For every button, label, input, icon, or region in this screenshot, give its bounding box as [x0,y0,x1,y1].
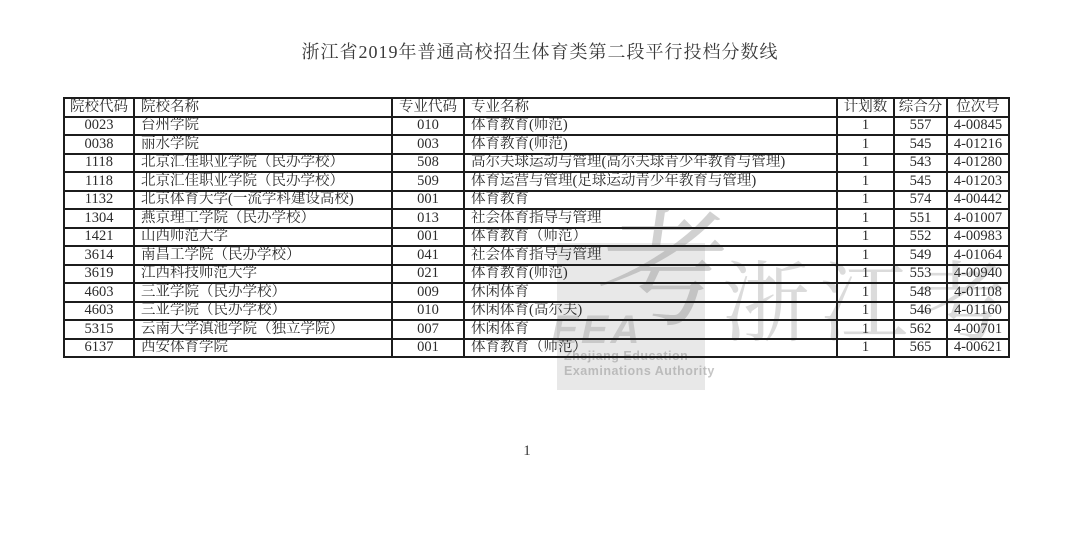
table-row: 1304燕京理工学院（民办学校）013社会体育指导与管理15514-01007 [64,209,1009,228]
cell-major-name: 社会体育指导与管理 [464,209,837,228]
cell-rank-number: 4-01216 [947,135,1009,154]
header-college-name: 院校名称 [134,98,392,117]
cell-rank-number: 4-00845 [947,117,1009,136]
cell-college-name: 北京汇佳职业学院（民办学校） [134,154,392,173]
cell-major-name: 休闲体育 [464,283,837,302]
cell-rank-number: 4-01203 [947,172,1009,191]
cell-college-code: 1421 [64,228,134,247]
cell-college-name: 西安体育学院 [134,339,392,358]
table-header: 院校代码 院校名称 专业代码 专业名称 计划数 综合分 位次号 [64,98,1009,117]
cell-college-name: 北京体育大学(一流学科建设高校) [134,191,392,210]
cell-major-code: 021 [392,265,464,284]
cell-major-code: 001 [392,339,464,358]
cell-major-name: 体育运营与管理(足球运动青少年教育与管理) [464,172,837,191]
cell-college-code: 1304 [64,209,134,228]
table-row: 0038丽水学院003体育教育(师范)15454-01216 [64,135,1009,154]
header-composite-score: 综合分 [894,98,947,117]
header-row: 院校代码 院校名称 专业代码 专业名称 计划数 综合分 位次号 [64,98,1009,117]
cell-major-name: 休闲体育(高尔夫) [464,302,837,321]
cell-rank-number: 4-00442 [947,191,1009,210]
cell-major-code: 007 [392,320,464,339]
cell-rank-number: 4-01064 [947,246,1009,265]
cell-college-name: 山西师范大学 [134,228,392,247]
cell-plan-count: 1 [837,265,894,284]
table-row: 4603三亚学院（民办学校）009休闲体育15484-01108 [64,283,1009,302]
cell-rank-number: 4-01280 [947,154,1009,173]
cell-major-code: 010 [392,302,464,321]
header-major-name: 专业名称 [464,98,837,117]
cell-rank-number: 4-00701 [947,320,1009,339]
header-rank-number: 位次号 [947,98,1009,117]
page-title: 浙江省2019年普通高校招生体育类第二段平行投档分数线 [0,38,1080,64]
cell-composite-score: 574 [894,191,947,210]
cell-composite-score: 562 [894,320,947,339]
cell-college-code: 4603 [64,283,134,302]
cell-college-name: 江西科技师范大学 [134,265,392,284]
table-row: 4603三亚学院（民办学校）010休闲体育(高尔夫)15464-01160 [64,302,1009,321]
cell-composite-score: 545 [894,135,947,154]
cell-plan-count: 1 [837,228,894,247]
table-row: 1118北京汇佳职业学院（民办学校）509体育运营与管理(足球运动青少年教育与管… [64,172,1009,191]
cell-composite-score: 565 [894,339,947,358]
cell-composite-score: 553 [894,265,947,284]
cell-major-name: 体育教育（师范） [464,339,837,358]
cell-college-code: 1118 [64,154,134,173]
cell-major-code: 003 [392,135,464,154]
cell-composite-score: 545 [894,172,947,191]
cell-college-name: 台州学院 [134,117,392,136]
cell-major-code: 509 [392,172,464,191]
cell-plan-count: 1 [837,209,894,228]
cell-plan-count: 1 [837,339,894,358]
cell-college-name: 云南大学滇池学院（独立学院） [134,320,392,339]
table-row: 0023台州学院010体育教育(师范)15574-00845 [64,117,1009,136]
cell-composite-score: 548 [894,283,947,302]
table-row: 5315云南大学滇池学院（独立学院）007休闲体育15624-00701 [64,320,1009,339]
cell-rank-number: 4-00621 [947,339,1009,358]
cell-plan-count: 1 [837,154,894,173]
header-college-code: 院校代码 [64,98,134,117]
cell-college-code: 4603 [64,302,134,321]
cell-major-name: 社会体育指导与管理 [464,246,837,265]
cell-plan-count: 1 [837,191,894,210]
cell-college-name: 北京汇佳职业学院（民办学校） [134,172,392,191]
header-plan-count: 计划数 [837,98,894,117]
cell-plan-count: 1 [837,320,894,339]
cell-composite-score: 552 [894,228,947,247]
cell-composite-score: 549 [894,246,947,265]
cell-major-name: 休闲体育 [464,320,837,339]
cell-college-code: 5315 [64,320,134,339]
cell-college-code: 0038 [64,135,134,154]
cell-college-name: 丽水学院 [134,135,392,154]
cell-plan-count: 1 [837,302,894,321]
table-row: 1132北京体育大学(一流学科建设高校)001体育教育15744-00442 [64,191,1009,210]
cell-composite-score: 557 [894,117,947,136]
cell-college-name: 三亚学院（民办学校） [134,283,392,302]
table-row: 3614南昌工学院（民办学校）041社会体育指导与管理15494-01064 [64,246,1009,265]
cell-college-name: 南昌工学院（民办学校） [134,246,392,265]
cell-composite-score: 546 [894,302,947,321]
cell-major-code: 508 [392,154,464,173]
cell-rank-number: 4-01160 [947,302,1009,321]
cell-rank-number: 4-00940 [947,265,1009,284]
cell-plan-count: 1 [837,283,894,302]
cell-college-code: 3619 [64,265,134,284]
cell-plan-count: 1 [837,135,894,154]
cell-plan-count: 1 [837,246,894,265]
cell-college-code: 1132 [64,191,134,210]
cell-major-name: 体育教育(师范) [464,135,837,154]
table-row: 3619江西科技师范大学021体育教育(师范)15534-00940 [64,265,1009,284]
document-page: { "title": "浙江省2019年普通高校招生体育类第二段平行投档分数线"… [0,0,1080,540]
cell-major-name: 体育教育（师范） [464,228,837,247]
cell-rank-number: 4-01007 [947,209,1009,228]
cell-major-name: 高尔夫球运动与管理(高尔夫球青少年教育与管理) [464,154,837,173]
cell-major-code: 001 [392,228,464,247]
header-major-code: 专业代码 [392,98,464,117]
cell-composite-score: 551 [894,209,947,228]
cell-major-name: 体育教育 [464,191,837,210]
cell-composite-score: 543 [894,154,947,173]
watermark-english-line2: Examinations Authority [564,364,715,378]
cell-rank-number: 4-01108 [947,283,1009,302]
cell-college-code: 0023 [64,117,134,136]
page-number: 1 [0,443,1054,460]
cell-college-name: 燕京理工学院（民办学校） [134,209,392,228]
cell-rank-number: 4-00983 [947,228,1009,247]
cell-major-code: 001 [392,191,464,210]
cell-major-code: 041 [392,246,464,265]
table-row: 6137西安体育学院001体育教育（师范）15654-00621 [64,339,1009,358]
cell-major-name: 体育教育(师范) [464,265,837,284]
score-table: 院校代码 院校名称 专业代码 专业名称 计划数 综合分 位次号 0023台州学院… [63,97,1010,358]
table-row: 1421山西师范大学001体育教育（师范）15524-00983 [64,228,1009,247]
table-row: 1118北京汇佳职业学院（民办学校）508高尔夫球运动与管理(高尔夫球青少年教育… [64,154,1009,173]
cell-major-name: 体育教育(师范) [464,117,837,136]
cell-major-code: 009 [392,283,464,302]
table-body: 0023台州学院010体育教育(师范)15574-008450038丽水学院00… [64,117,1009,358]
cell-college-code: 1118 [64,172,134,191]
cell-plan-count: 1 [837,117,894,136]
cell-college-name: 三亚学院（民办学校） [134,302,392,321]
cell-major-code: 013 [392,209,464,228]
cell-plan-count: 1 [837,172,894,191]
cell-major-code: 010 [392,117,464,136]
cell-college-code: 3614 [64,246,134,265]
cell-college-code: 6137 [64,339,134,358]
